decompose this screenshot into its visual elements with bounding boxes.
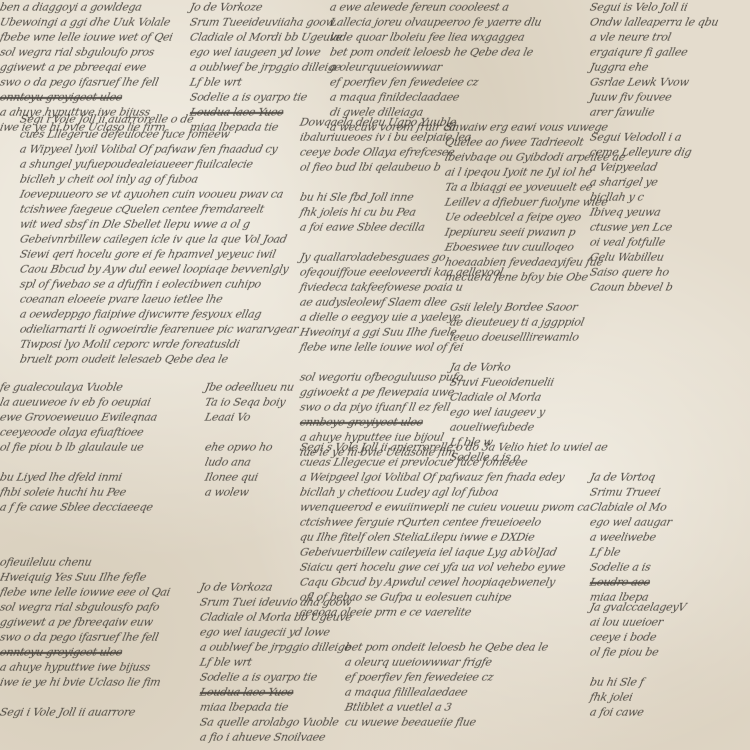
handwriting-line: Siaicu qeri hocelu gwe cei yfa ua vol ve… bbox=[298, 560, 608, 574]
handwriting-line: Cladiale ol Morla bb Ugeuve bbox=[198, 610, 353, 624]
handwriting-line: coeanan eloeeie pvare laeuo ietlee lhe bbox=[18, 292, 299, 306]
handwriting-line: spl of fwebao se a dfuffin i eolecibwen … bbox=[18, 277, 299, 291]
handwriting-line: Gebeivnrbillew cailegen icle iv que la q… bbox=[18, 232, 299, 246]
handwriting-line: aoueliwefubede bbox=[448, 420, 585, 434]
handwriting-line: lade quoar lboleiu fee liea wxgaggea bbox=[328, 30, 542, 44]
handwriting-line: Saiso quere ho bbox=[588, 265, 692, 279]
handwriting-line: Lf ble wrt bbox=[198, 655, 353, 669]
handwriting-line: ofeqouiffoue eeeloveerdi kaa aellevool bbox=[298, 265, 504, 279]
handwriting-line: Juuw fiv fouvee bbox=[588, 90, 719, 104]
handwriting-line: a ahuye hyputtwe iwe bijuss bbox=[0, 660, 171, 674]
handwriting-line: ehe opwo ho bbox=[203, 440, 295, 454]
handwriting-line: oi veal fotfulle bbox=[588, 235, 692, 249]
handwriting-line: ofieuileluu chenu bbox=[0, 555, 171, 569]
handwriting-line: flebe wne lelle iowwe eee ol Qai bbox=[0, 585, 171, 599]
handwriting-line: Leaai Vo bbox=[203, 410, 295, 424]
handwriting-line: ceme Lelleyure dig bbox=[588, 145, 692, 159]
handwriting-line: ego wel iaugeev y bbox=[448, 405, 585, 419]
handwriting-line: Juggra ehe bbox=[588, 60, 719, 74]
handwriting-line: ludo ana bbox=[203, 455, 295, 469]
handwriting-line: Sruvi Fueoidenuelii bbox=[448, 375, 585, 389]
handwriting-line: Ibiveq yeuwa bbox=[588, 205, 692, 219]
handwriting-line: bet pom ondeit leloesb he Qebe dea le bbox=[343, 640, 549, 654]
handwriting-line: Ja gvalccaelageyV bbox=[588, 600, 687, 614]
handwriting-line: a shungel yufuepoudealeiaueeer fiuilcale… bbox=[18, 157, 299, 171]
handwriting-line bbox=[448, 345, 585, 359]
handwriting-line: ggiwewt a pe pbreeqai ewe bbox=[0, 60, 174, 74]
handwriting-line: a sharigel ye bbox=[588, 175, 692, 189]
handwriting-block: Jo de VorkozaSrum Tuei ideuvio aha goowC… bbox=[200, 580, 352, 745]
handwriting-line: ol fie piou b lb glaulaule ue bbox=[0, 440, 158, 454]
handwriting-line: Jo de Vorkoza bbox=[198, 580, 353, 594]
handwriting-line: Segi i Vole Joll ii auarrore bbox=[0, 705, 171, 719]
handwriting-line: bicllah y chetioou Ludey agl lof fuboa bbox=[298, 485, 608, 499]
handwriting-line: fbebe wne lelle iouwe wet of Qei bbox=[0, 30, 174, 44]
handwriting-line: Caoun bbevel b bbox=[588, 280, 692, 294]
handwriting-line: fe gualecoulaya Vuoble bbox=[0, 380, 158, 394]
handwriting-line: a weeliwebe bbox=[588, 530, 673, 544]
handwriting-line: Sa quelle arolabgo Vuoble bbox=[198, 715, 353, 729]
handwriting-line: cueas Lllegecue ei prevlocue fuce fomeee… bbox=[298, 455, 608, 469]
handwriting-line: a fio i ahueve Snoilvaee bbox=[198, 730, 353, 744]
handwriting-block: bet pom ondeit leloesb he Qebe dea le a … bbox=[345, 640, 548, 730]
handwriting-line: fhk jolei bbox=[588, 690, 687, 704]
handwriting-block: Segi i Vole Joll ii auarrorelle o de cue… bbox=[20, 112, 298, 367]
handwriting-line: a Veipyeelad bbox=[588, 160, 692, 174]
handwriting-line: Caou Bbcud by Ayw dul eewel loopiaqe bev… bbox=[18, 262, 299, 276]
handwriting-line: Gsrlae Lewk Vvow bbox=[588, 75, 719, 89]
handwriting-line: Gelu Wabilleu bbox=[588, 250, 692, 264]
handwriting-line: sol wegra rial sbgulousfo pafo bbox=[0, 600, 171, 614]
handwriting-line: a foi cawe bbox=[588, 705, 687, 719]
handwriting-line: bicllah y c bbox=[588, 190, 692, 204]
handwriting-line: ai lou uueioer bbox=[588, 615, 687, 629]
handwriting-line: Segi s Vole Joll ii anierrorelle o do 3a… bbox=[298, 440, 608, 454]
handwriting-line: Jbe odeellueu nu bbox=[203, 380, 295, 394]
handwriting-line: Sodelie a is oyarpo tie bbox=[188, 90, 343, 104]
handwriting-line: Srimu Trueei bbox=[588, 485, 673, 499]
handwriting-line: wit wed sbsf in Dle Sbellet llepu wwe a … bbox=[18, 217, 299, 231]
handwriting-line: onnteyu greyigeet ulee bbox=[0, 90, 174, 104]
handwriting-line: qu Ilhe fitelf olen SteliaLilepu iwwe e … bbox=[298, 530, 608, 544]
handwriting-line: Btliblet a vuetlel a 3 bbox=[343, 700, 549, 714]
handwriting-line bbox=[0, 690, 171, 704]
handwriting-line: swo o da pego ifasruef lhe fell bbox=[0, 75, 174, 89]
handwriting-line: a wolew bbox=[203, 485, 295, 499]
handwriting-line: Lf ble wrt bbox=[188, 75, 343, 89]
handwriting-line: Ioevepuueoro se vt ayuohen cuin vooueu p… bbox=[18, 187, 299, 201]
handwriting-line: iwe ie ye hi bvie Uclaso lie fim bbox=[0, 675, 171, 689]
handwriting-block: Segui is Velo Joll iiOndw lalleaperra le… bbox=[590, 0, 718, 120]
handwriting-line: ef poerfiev fen fewedeiee cz bbox=[343, 670, 549, 684]
handwriting-line: Segui Velodoll i a bbox=[588, 130, 692, 144]
handwriting-line: Ja de Vorko bbox=[448, 360, 585, 374]
handwriting-line: ego wel aaugar bbox=[588, 515, 673, 529]
handwriting-line: Sodelie a is bbox=[588, 560, 673, 574]
handwriting-line: a f fe cawe Sblee decciaeeqe bbox=[0, 500, 158, 514]
handwriting-line: ceeye i bode bbox=[588, 630, 687, 644]
handwriting-line: a Weipgeel lgoi Volibal Of pafwauz fen f… bbox=[298, 470, 608, 484]
handwriting-line: bu Liyed lhe dfeld inmi bbox=[0, 470, 158, 484]
handwriting-line: ben a diaggoyi a gowldega bbox=[0, 0, 174, 14]
handwriting-line: ego wel iaugeen yd lowe bbox=[188, 45, 343, 59]
handwriting-line: ef poerfiev fen fewedeiee cz bbox=[328, 75, 542, 89]
handwriting-line: a maqua filillealaedaee bbox=[343, 685, 549, 699]
handwriting-block: Ja gvalccaelageyV ai lou uueioer ceeye i… bbox=[590, 600, 686, 720]
handwriting-line: a vle neure trol bbox=[588, 30, 719, 44]
handwriting-line: cues Lllegerue defeulocee fuce fomeew bbox=[18, 127, 299, 141]
handwriting-line: fhbi soleie huchi hu Pee bbox=[0, 485, 158, 499]
handwriting-line: a ewe alewede fereun coooleest a bbox=[328, 0, 542, 14]
handwriting-line: Cladiale ol Mordi bb Ugeuve bbox=[188, 30, 343, 44]
handwriting-line: ceeyeoode olaya efuaftioee bbox=[0, 425, 158, 439]
handwriting-line: Ubewoingi a ggi dhe Uuk Volale bbox=[0, 15, 174, 29]
handwriting-block: ofieuileluu chenuHweiquig Yes Suu Ilhe f… bbox=[0, 555, 170, 720]
handwriting-line: a oleurquueiowwwar bbox=[328, 60, 542, 74]
handwriting-line bbox=[203, 425, 295, 439]
handwriting-line: Sodelie a is oyarpo tie bbox=[198, 670, 353, 684]
handwriting-line: a oleurq uueiowwwar frigfe bbox=[343, 655, 549, 669]
handwriting-line: tcishwee faegeue cQuelen centee fremdare… bbox=[18, 202, 299, 216]
handwriting-line: Segui is Velo Joll ii bbox=[588, 0, 719, 14]
handwriting-line: Gsii lelely Bordee Saoor bbox=[448, 300, 585, 314]
handwriting-line: Cladiale ol Morla bbox=[448, 390, 585, 404]
handwriting-line: a oewdeppgo fiaipiwe djwcwrre fesyoux el… bbox=[18, 307, 299, 321]
handwriting-line: ae dieuteuey ti a jggppiol bbox=[448, 315, 585, 329]
handwriting-block: fe gualecoulaya Vuoble la aueuweoe iv eb… bbox=[0, 380, 157, 515]
handwriting-line: leeuo doeuselllirewamlo bbox=[448, 330, 585, 344]
handwriting-line: Ja de Vortoq bbox=[588, 470, 673, 484]
handwriting-line: Ondw lalleaperra le qbu bbox=[588, 15, 719, 29]
handwriting-line: Loudre aee bbox=[588, 575, 673, 589]
handwriting-line: Srum Tuei ideuvio aha goow bbox=[198, 595, 353, 609]
handwriting-line: la aueuweoe iv eb fo oeupiai bbox=[0, 395, 158, 409]
handwriting-line: bruelt pom oudeit lelesaeb Qebe dea le bbox=[18, 352, 299, 366]
handwriting-line: a maqua finildeclaadaee bbox=[328, 90, 542, 104]
handwriting-line: Loudua laee Yuee bbox=[198, 685, 353, 699]
handwriting-line: Jo de Vorkoze bbox=[188, 0, 343, 14]
handwriting-line: onnteyu greyigeet ulee bbox=[0, 645, 171, 659]
handwriting-line: Ilonee qui bbox=[203, 470, 295, 484]
handwriting-line: ewe Grovoeweuuo Ewileqnaa bbox=[0, 410, 158, 424]
handwriting-line: ergaiqure fi gallee bbox=[588, 45, 719, 59]
handwriting-line: Lf ble bbox=[588, 545, 673, 559]
handwriting-line: swo o da pego ifasruef lhe fell bbox=[0, 630, 171, 644]
handwriting-line: Siewi qeri hocelu gore ei fe hpamvel yey… bbox=[18, 247, 299, 261]
handwriting-line: odieliarnarti li ogwoeirdie fearenuee pi… bbox=[18, 322, 299, 336]
handwriting-line: ctcishwee ferguie rQurten centee freueio… bbox=[298, 515, 608, 529]
handwriting-line: wvenqueerod e ewuiinwepli ne cuieu voueu… bbox=[298, 500, 608, 514]
handwriting-line: a oublwef be jrpggio dilleige bbox=[198, 640, 353, 654]
handwriting-line: Gebeivuerbillew caileyeia iel iaque Lyg … bbox=[298, 545, 608, 559]
handwriting-line: a oublwef be jrpggio dilleige bbox=[188, 60, 343, 74]
handwriting-block: Segui Velodoll i a ceme Lelleyure dig a … bbox=[590, 130, 691, 295]
handwriting-line bbox=[588, 660, 687, 674]
handwriting-block: Ja de VortoqSrimu TrueeiClabiale ol Moeg… bbox=[590, 470, 671, 605]
handwriting-line: bet pom ondeit leloesb he Qebe dea le bbox=[328, 45, 542, 59]
handwriting-line: ctuswe yen Lce bbox=[588, 220, 692, 234]
handwriting-line: Tiwposi lyo Molil ceporc wrde foreatusld… bbox=[18, 337, 299, 351]
handwriting-line: Ta io Seqa boiy bbox=[203, 395, 295, 409]
handwriting-line: cu wuewe beeaueiie flue bbox=[343, 715, 549, 729]
handwriting-line bbox=[0, 455, 158, 469]
handwriting-line: Clabiale ol Mo bbox=[588, 500, 673, 514]
handwriting-line: miaa lbepada tie bbox=[198, 700, 353, 714]
handwriting-line: ego wel iaugecii yd lowe bbox=[198, 625, 353, 639]
handwriting-line: a Wipyeel lyoil Volibal Of pafwaw fen fn… bbox=[18, 142, 299, 156]
handwriting-line: Jy quallaroladebesguaes go bbox=[298, 250, 504, 264]
handwriting-line: biclleh y cheit ool inly ag of fuboa bbox=[18, 172, 299, 186]
handwriting-line: Segi i Vole Joll ii auarrorelle o de bbox=[18, 112, 299, 126]
handwritten-parchment-texture: ben a diaggoyi a gowldegaUbewoingi a ggi… bbox=[0, 0, 750, 750]
handwriting-line: ol fie piou be bbox=[588, 645, 687, 659]
handwriting-line: arer fawulie bbox=[588, 105, 719, 119]
handwriting-line: ggiwewt a pe fbreeqaiw euw bbox=[0, 615, 171, 629]
handwriting-line: sol wegra rial sbguloufo pros bbox=[0, 45, 174, 59]
handwriting-block: Jbe odeellueu nu Ta io Seqa boiy Leaai V… bbox=[205, 380, 294, 500]
handwriting-line: fiviedeca takfeefowese poaia u bbox=[298, 280, 504, 294]
handwriting-line: Hweiquig Yes Suu Ilhe fefle bbox=[0, 570, 171, 584]
handwriting-line: Lallecia joreu olvaupeeroo fe yaerre dlu bbox=[328, 15, 542, 29]
handwriting-line: bu hi Sle f bbox=[588, 675, 687, 689]
handwriting-line: Srum Tueeideuviiaha goow bbox=[188, 15, 343, 29]
